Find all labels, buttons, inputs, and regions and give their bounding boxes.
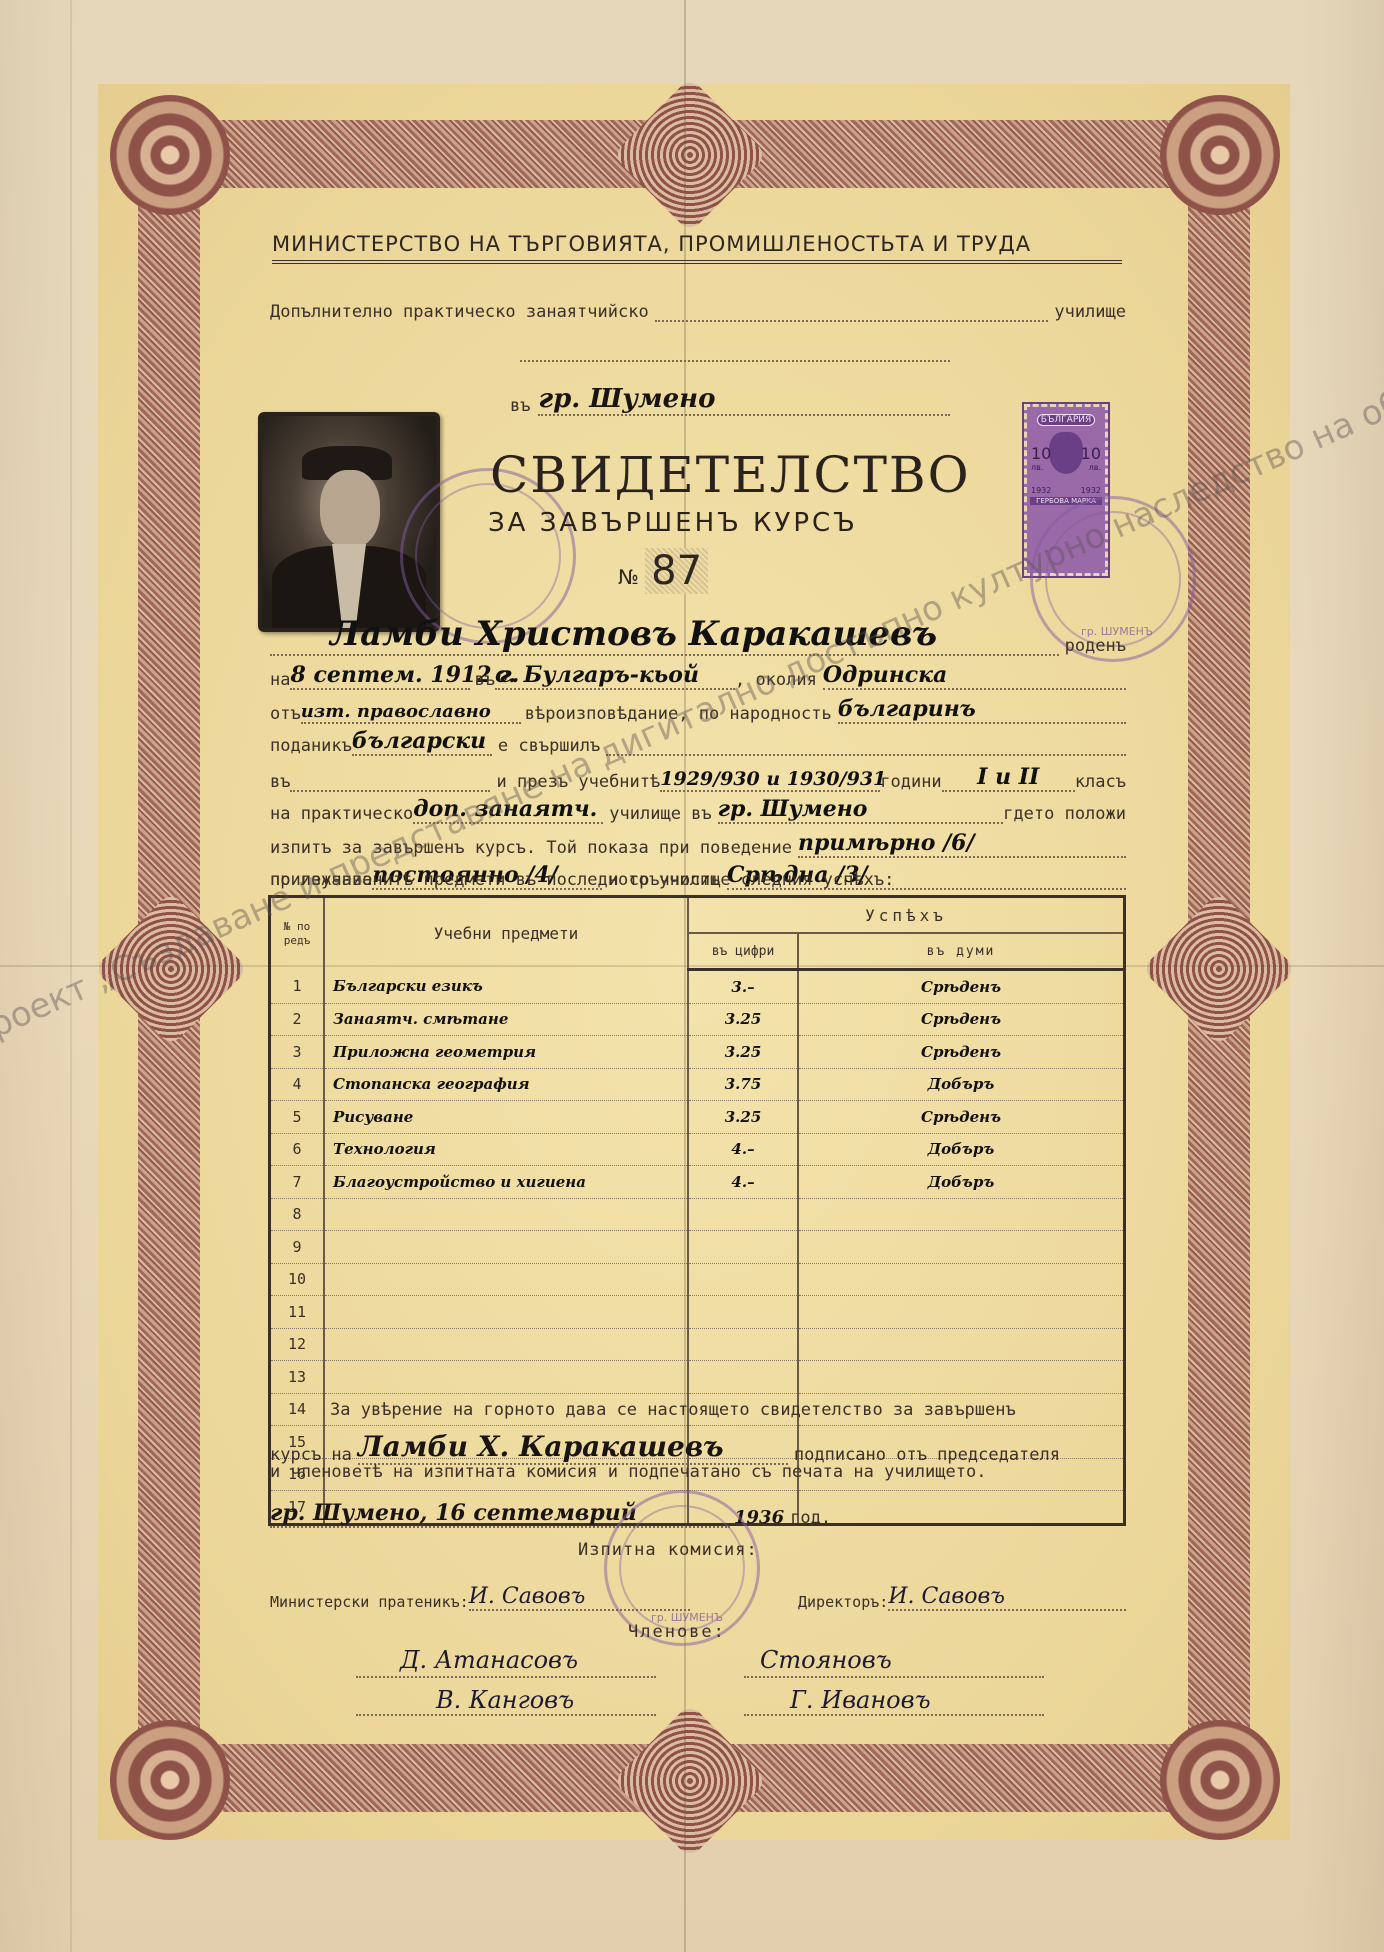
grade-words: Срѣденъ xyxy=(798,1101,1125,1134)
row-number: 4 xyxy=(270,1068,325,1101)
stamp-value-row: 10 10 xyxy=(1027,444,1105,463)
grade-words xyxy=(798,1263,1125,1296)
table-row: 9 xyxy=(270,1231,1125,1264)
grade-digits: 3.25 xyxy=(688,1036,798,1069)
stamp-currency: лв. xyxy=(1031,463,1043,472)
member-line xyxy=(356,1676,656,1678)
subject-name: Приложна геометрия xyxy=(324,1036,688,1069)
stamp-currency: лв. xyxy=(1089,463,1101,472)
table-row: 2Занаятч. смѣтане3.25Срѣденъ xyxy=(270,1003,1125,1036)
school-type-line: Допълнително практическо занаятчийско уч… xyxy=(270,302,1126,322)
stamp-year-row: 1932 1932 xyxy=(1027,486,1105,495)
location-value: гр. Шумено xyxy=(538,384,950,416)
subject-name xyxy=(324,1361,688,1394)
grade-digits xyxy=(688,1361,798,1394)
row-number: 8 xyxy=(270,1198,325,1231)
subject-name: Занаятч. смѣтане xyxy=(324,1003,688,1036)
grade-digits: 3.25 xyxy=(688,1101,798,1134)
birth-place: с. Булгаръ-кьой xyxy=(495,662,735,690)
subject-name xyxy=(324,1231,688,1264)
grade-words: Добъръ xyxy=(798,1133,1125,1166)
school-line: на практическо доп. занаятч. училище въ … xyxy=(270,796,1126,824)
minister-label: Министерски пратеникъ: xyxy=(270,1593,469,1611)
stamp-year: 1932 xyxy=(1081,486,1101,495)
photo-face xyxy=(320,470,380,548)
minister-line: Министерски пратеникъ: И. Савовъ xyxy=(270,1584,690,1611)
members-label: Членове: xyxy=(628,1622,828,1642)
grade-digits: 3.75 xyxy=(688,1068,798,1101)
row-number: 6 xyxy=(270,1133,325,1166)
seal-inner-ring xyxy=(415,483,561,629)
grade-words xyxy=(798,1328,1125,1361)
years-line: въ и презъ учебнитѣ 1929/930 и 1930/931 … xyxy=(270,764,1126,792)
number-label: № xyxy=(618,565,639,589)
member-signature-4: Г. Ивановъ xyxy=(790,1686,931,1714)
birth-date-label: на xyxy=(270,670,290,690)
stamp-country: БЪЛГАРИЯ xyxy=(1037,414,1096,426)
birth-date: 8 септем. 1912 г. xyxy=(290,662,470,690)
table-row: 12 xyxy=(270,1328,1125,1361)
certificate-content: МИНИСТЕРСТВО НА ТЪРГОВИЯТА, ПРОМИШЛЕНОСТ… xyxy=(0,0,1384,1952)
row-number: 3 xyxy=(270,1036,325,1069)
practical-label: на практическо xyxy=(270,804,413,824)
grade-words: Добъръ xyxy=(798,1068,1125,1101)
school-type-suffix: училище xyxy=(1054,302,1126,322)
location-prefix: въ xyxy=(510,396,530,416)
subject-name: Български езикъ xyxy=(324,970,688,1004)
subjects-intro-wrap: по изучаванитѣ предмети въ последното уч… xyxy=(270,870,1126,890)
grade-words xyxy=(798,1198,1125,1231)
stamp-year: 1932 xyxy=(1031,486,1051,495)
member-line xyxy=(744,1676,1044,1678)
school-type-blank xyxy=(655,320,1049,322)
location-line: въ гр. Шумено xyxy=(510,384,950,416)
stamp-value: 10 xyxy=(1081,444,1101,463)
grade-words xyxy=(798,1361,1125,1394)
grade-digits xyxy=(688,1328,798,1361)
row-number: 7 xyxy=(270,1166,325,1199)
member-line xyxy=(744,1714,1044,1716)
subject-name xyxy=(324,1296,688,1329)
grade-words: Срѣденъ xyxy=(798,1036,1125,1069)
grade-words xyxy=(798,1296,1125,1329)
nationality: българинъ xyxy=(838,696,1126,724)
religion: изт. православно xyxy=(301,701,521,724)
member-signature-1: Д. Атанасовъ xyxy=(400,1646,578,1674)
closing-line-1: За увѣрение на горното дава се настоящет… xyxy=(270,1400,1186,1420)
birth-line: на 8 септем. 1912 г. въ с. Булгаръ-кьой … xyxy=(270,662,1126,690)
number-value: 87 xyxy=(645,548,708,594)
member-signature-3: Стояновъ xyxy=(760,1646,892,1674)
grade-digits xyxy=(688,1231,798,1264)
certificate-number: № 87 xyxy=(618,548,708,594)
table-row: 10 xyxy=(270,1263,1125,1296)
row-number: 13 xyxy=(270,1361,325,1394)
grade-words: Срѣденъ xyxy=(798,970,1125,1004)
citizenship: български xyxy=(352,728,492,756)
table-row: 11 xyxy=(270,1296,1125,1329)
row-number: 2 xyxy=(270,1003,325,1036)
col-header-success: Успѣхъ xyxy=(688,897,1125,934)
subject-name: Рисуване xyxy=(324,1101,688,1134)
ministry-heading: МИНИСТЕРСТВО НА ТЪРГОВИЯТА, ПРОМИШЛЕНОСТ… xyxy=(272,232,1122,264)
subject-name: Благоустройство и хигиена xyxy=(324,1166,688,1199)
grade-words: Добъръ xyxy=(798,1166,1125,1199)
minister-signature: И. Савовъ xyxy=(469,1584,690,1611)
citizen-label: поданикъ xyxy=(270,736,352,756)
col-header-digits: въ цифри xyxy=(688,933,798,970)
year-suffix: год. xyxy=(790,1508,831,1528)
row-number: 12 xyxy=(270,1328,325,1361)
stamp-value: 10 xyxy=(1031,444,1051,463)
commission-title: Изпитна комисия: xyxy=(578,1540,878,1560)
row-number: 11 xyxy=(270,1296,325,1329)
in-blank xyxy=(290,790,490,792)
school-years: 1929/930 и 1930/931 xyxy=(660,768,880,792)
school-in-label: училище въ xyxy=(609,804,711,824)
school-type-blank-2 xyxy=(520,360,950,362)
certificate-subtitle: ЗА ЗАВЪРШЕНЪ КУРСЪ xyxy=(488,508,858,538)
row-number: 5 xyxy=(270,1101,325,1134)
row-number: 10 xyxy=(270,1263,325,1296)
conduct-grade: примѣрно /6/ xyxy=(798,830,1126,858)
exam-suffix: гдето положи xyxy=(1003,804,1126,824)
member-signature-2: В. Канговъ xyxy=(436,1686,574,1714)
grade-words xyxy=(798,1231,1125,1264)
grade-digits xyxy=(688,1263,798,1296)
col-header-subjects: Учебни предмети xyxy=(324,897,688,970)
grade-digits xyxy=(688,1296,798,1329)
completed-blank xyxy=(606,754,1126,756)
table-row: 6Технология4.–Добъръ xyxy=(270,1133,1125,1166)
certificate-title: СВИДЕТЕЛСТВО xyxy=(490,446,971,504)
row-number: 9 xyxy=(270,1231,325,1264)
student-name-line: Ламби Христовъ Каракашевъ роденъ xyxy=(270,614,1126,656)
stamp-currency-row: лв. лв. xyxy=(1027,463,1105,472)
religion-label: отъ xyxy=(270,704,301,724)
table-row: 4Стопанска география3.75Добъръ xyxy=(270,1068,1125,1101)
in-label: въ xyxy=(270,772,290,792)
table-row: 1Български езикъ3.–Срѣденъ xyxy=(270,970,1125,1004)
grade-digits xyxy=(688,1198,798,1231)
grade-digits: 4.– xyxy=(688,1166,798,1199)
closing-line-2: курсъ на Ламби Х. Каракашевъ подписано о… xyxy=(270,1430,1126,1465)
director-label: Директоръ: xyxy=(798,1593,888,1611)
grade-digits: 3.25 xyxy=(688,1003,798,1036)
table-row: 8 xyxy=(270,1198,1125,1231)
subject-name: Стопанска география xyxy=(324,1068,688,1101)
school-city: гр. Шумено xyxy=(718,796,1004,824)
subject-name xyxy=(324,1263,688,1296)
grade-digits: 4.– xyxy=(688,1133,798,1166)
class-label: класъ xyxy=(1075,772,1126,792)
subject-name xyxy=(324,1328,688,1361)
grade-words: Срѣденъ xyxy=(798,1003,1125,1036)
table-row: 3Приложна геометрия3.25Срѣденъ xyxy=(270,1036,1125,1069)
director-line: Директоръ: И. Савовъ xyxy=(798,1584,1126,1611)
years-suffix: години xyxy=(880,772,941,792)
member-line xyxy=(356,1714,656,1716)
table-row: 13 xyxy=(270,1361,1125,1394)
row-number: 1 xyxy=(270,970,325,1004)
subject-name xyxy=(324,1198,688,1231)
classes: I и II xyxy=(942,764,1075,792)
school-type-prefix: Допълнително практическо занаятчийско xyxy=(270,302,649,322)
closing-student-name: Ламби Х. Каракашевъ xyxy=(358,1430,788,1465)
birth-place-label: въ xyxy=(474,670,494,690)
born-label: роденъ xyxy=(1065,636,1126,656)
table-row: 7Благоустройство и хигиена4.–Добъръ xyxy=(270,1166,1125,1199)
grade-digits: 3.– xyxy=(688,970,798,1004)
table-row: 5Рисуване3.25Срѣденъ xyxy=(270,1101,1125,1134)
closing-line-3: и членоветѣ на изпитната комисия и подпе… xyxy=(270,1462,1126,1482)
subject-name: Технология xyxy=(324,1133,688,1166)
director-signature: И. Савовъ xyxy=(888,1584,1126,1611)
col-header-words: въ думи xyxy=(798,933,1125,970)
district: Одринска xyxy=(823,662,1126,690)
